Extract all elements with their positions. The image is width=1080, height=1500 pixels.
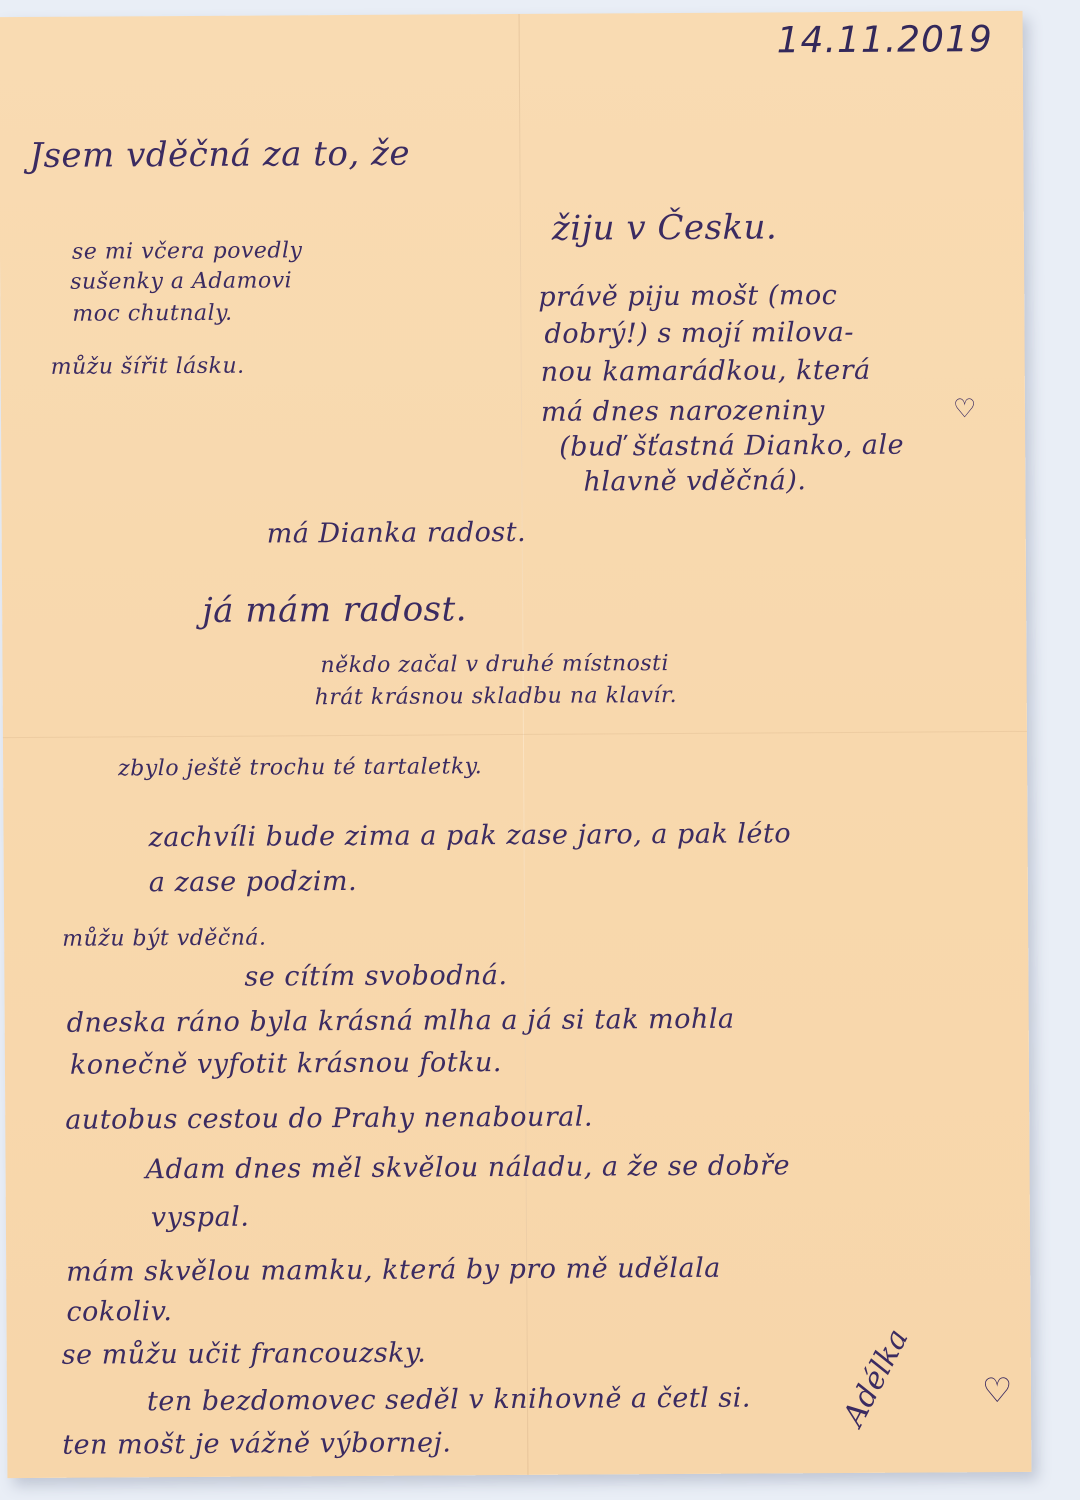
letter-line: Adam dnes měl skvělou náladu, a že se do… xyxy=(146,1152,791,1183)
letter-line: hrát krásnou skladbu na klavír. xyxy=(315,685,678,709)
left-column-line: můžu šířit lásku. xyxy=(51,356,245,379)
letter-line: mám skvělou mamku, která by pro mě uděla… xyxy=(66,1255,721,1286)
right-column-line: (buď šťastná Dianko, ale xyxy=(559,432,904,461)
letter-line: se cítím svobodná. xyxy=(244,962,507,991)
signature: Adélka xyxy=(836,1323,915,1432)
left-column-line: se mi včera povedly xyxy=(72,240,303,263)
letter-line: konečně vyfotit krásnou fotku. xyxy=(70,1049,502,1079)
letter-line: vyspal. xyxy=(151,1204,250,1232)
left-column-line: sušenky a Adamovi xyxy=(70,270,292,293)
signature-heart-icon: ♡ xyxy=(982,1371,1013,1411)
letter-line: cokoliv. xyxy=(66,1298,172,1326)
letter-line: někdo začal v druhé místnosti xyxy=(320,653,669,677)
left-column-line: moc chutnaly. xyxy=(72,303,232,326)
horizontal-fold-line xyxy=(3,731,1027,738)
letter-line: já mám radost. xyxy=(202,592,467,628)
letter-paper: 14.11.2019 Jsem vděčná za to, že se mi v… xyxy=(0,11,1031,1478)
letter-line: ten bezdomovec seděl v knihovně a četl s… xyxy=(147,1385,751,1416)
letter-date: 14.11.2019 xyxy=(777,19,993,61)
right-column-line: žiju v Česku. xyxy=(552,210,778,245)
letter-line: a zase podzim. xyxy=(149,868,357,896)
letter-line: zachvíli bude zima a pak zase jaro, a pa… xyxy=(148,820,791,851)
letter-line: má Dianka radost. xyxy=(267,519,527,548)
letter-line: zbylo ještě trochu té tartaletky. xyxy=(118,756,482,780)
letter-line: ten mošt je vážně výbornej. xyxy=(62,1429,451,1458)
letter-line: se můžu učit francouzsky. xyxy=(62,1340,427,1369)
letter-line: dneska ráno byla krásná mlha a já si tak… xyxy=(67,1006,735,1037)
right-column-line: nou kamarádkou, která xyxy=(541,357,871,386)
right-column-line: má dnes narozeniny xyxy=(541,397,825,426)
right-column-line: dobrý!) s mojí milova- xyxy=(544,319,854,348)
letter-line: autobus cestou do Prahy nenaboural. xyxy=(65,1104,593,1134)
letter-line: můžu být vděčná. xyxy=(62,928,266,951)
right-column-line: právě piju mošt (moc xyxy=(538,282,837,311)
heart-icon: ♡ xyxy=(953,394,976,424)
letter-heading: Jsem vděčná za to, že xyxy=(29,137,410,173)
right-column-line: hlavně vděčná). xyxy=(583,467,806,495)
